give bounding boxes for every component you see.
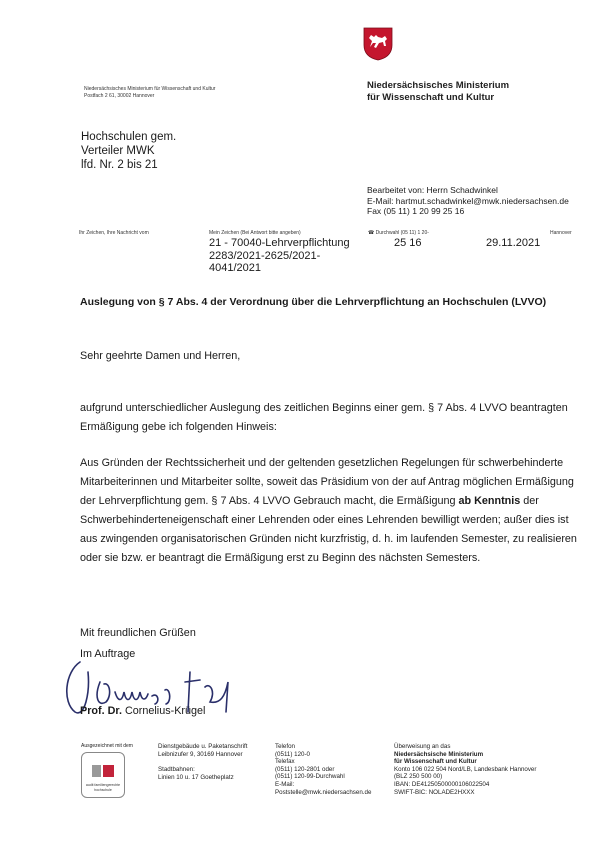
ministry-line-2: für Wissenschaft und Kultur [367,92,509,104]
letter-date: 29.11.2021 [486,237,540,249]
my-reference-line-1: 21 - 70040-Lehrverpflichtung [209,237,350,250]
place-label: Hannover [550,230,572,236]
signer-name: Cornelius-Krügel [125,705,205,717]
extension-number: 25 16 [394,237,422,249]
ministry-name: Niedersächsisches Ministerium für Wissen… [367,80,509,104]
award-label: Ausgezeichnet mit dem [81,743,133,751]
contact-email[interactable]: E-Mail: hartmut.schadwinkel@mwk.niedersa… [367,196,569,207]
recipient-address: Hochschulen gem. Verteiler MWK lfd. Nr. … [81,130,176,172]
building-title: Dienstgebäude u. Paketanschrift [158,743,247,751]
footer-email[interactable]: Poststelle@mwk.niedersachsen.de [275,789,371,797]
audit-logo-grey-shape [92,765,101,777]
award-text: audit familiengerechte hochschule [85,783,121,792]
signer: Prof. Dr. Cornelius-Krügel [80,705,205,717]
bank-line-4: Konto 106 022 504 Nord/LB, Landesbank Ha… [394,766,536,774]
lower-saxony-crest-icon [363,27,393,61]
building-address: Leibnizufer 9, 30169 Hannover [158,751,247,759]
subject-line: Auslegung von § 7 Abs. 4 der Verordnung … [80,296,585,309]
email-title: E-Mail: [275,781,371,789]
footer-phone: Telefon (0511) 120-0 Telefax (0511) 120-… [275,743,371,796]
salutation: Sehr geehrte Damen und Herren, [80,350,240,362]
closing-greeting: Mit freundlichen Grüßen [80,623,196,644]
sender-line-2: Postfach 2 61, 30002 Hannover [84,93,215,100]
handled-by: Bearbeitet von: Herrn Schadwinkel [367,185,569,196]
footer-building: Dienstgebäude u. Paketanschrift Leibnizu… [158,743,247,781]
phone-title: Telefon [275,743,371,751]
audit-logo-red-shape [103,765,114,777]
signer-title: Prof. Dr. [80,705,122,717]
extension-label: ☎ Durchwahl (05 11) 1 20- [368,230,429,236]
bank-line-1: Überweisung an das [394,743,536,751]
contact-fax: Fax (05 11) 1 20 99 25 16 [367,206,569,217]
tram-lines: Linien 10 u. 17 Goetheplatz [158,774,247,782]
my-reference-line-3: 4041/2021 [209,262,350,275]
recipient-line-1: Hochschulen gem. [81,130,176,144]
recipient-line-3: lfd. Nr. 2 bis 21 [81,158,176,172]
my-reference-line-2: 2283/2021-2625/2021- [209,250,350,263]
bank-swift: SWIFT-BIC: NOLADE2HXXX [394,789,536,797]
body-paragraph-1: aufgrund unterschiedlicher Auslegung des… [80,399,585,437]
fax-number-2: (0511) 120-99-Durchwahl [275,773,371,781]
fax-title: Telefax [275,758,371,766]
body-paragraph-2: Aus Gründen der Rechtssicherheit und der… [80,454,585,568]
bank-iban: IBAN: DE41250500000106022504 [394,781,536,789]
paragraph-2-emphasis: ab Kenntnis [459,495,521,507]
my-reference: 21 - 70040-Lehrverpflichtung 2283/2021-2… [209,237,350,275]
contact-block: Bearbeitet von: Herrn Schadwinkel E-Mail… [367,185,569,217]
sender-address: Niedersächsisches Ministerium für Wissen… [84,86,215,99]
my-reference-label: Mein Zeichen (Bei Antwort bitte angeben) [209,230,301,236]
your-reference-label: Ihr Zeichen, Ihre Nachricht vom [79,230,149,236]
ministry-line-1: Niedersächsisches Ministerium [367,80,509,92]
footer-bank: Überweisung an das Niedersächsische Mini… [394,743,536,796]
tram-title: Stadtbahnen: [158,766,247,774]
recipient-line-2: Verteiler MWK [81,144,176,158]
bank-line-5: (BLZ 250 500 00) [394,773,536,781]
bank-line-3: für Wissenschaft und Kultur [394,758,536,766]
family-audit-logo: audit familiengerechte hochschule [81,752,125,798]
sender-line-1: Niedersächsisches Ministerium für Wissen… [84,86,215,93]
fax-number-1: (0511) 120-2801 oder [275,766,371,774]
bank-line-2: Niedersächsische Ministerium [394,751,536,759]
phone-number: (0511) 120-0 [275,751,371,759]
